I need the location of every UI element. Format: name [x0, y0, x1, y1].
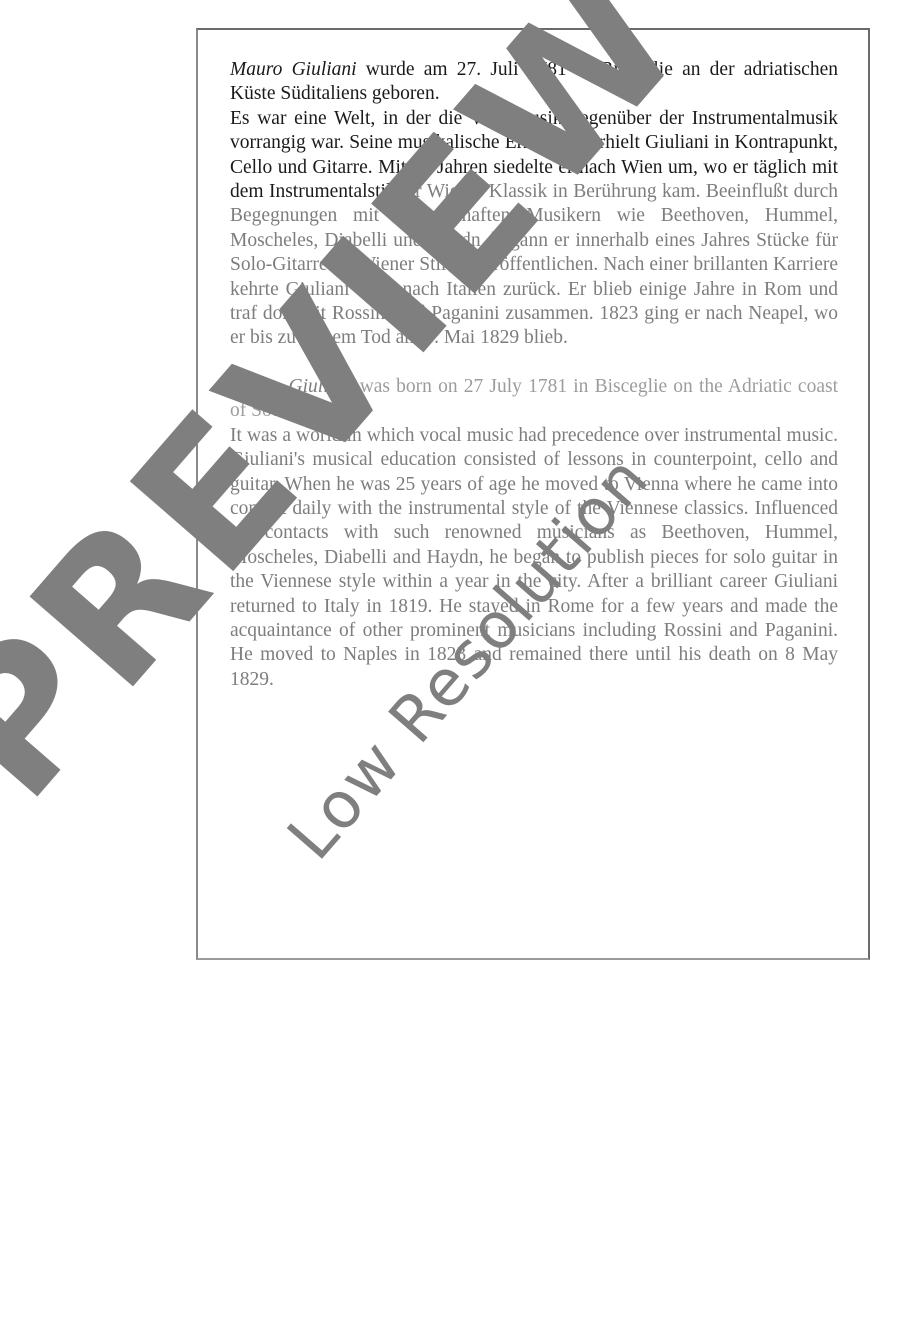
english-body-paragraph: It was a world in which vocal music had …: [230, 424, 838, 692]
german-intro-name: Mauro Giuliani: [230, 59, 357, 80]
english-intro-name: Mauro Giuliani: [230, 376, 354, 397]
german-body-faded: der Wiener Klassik in Berührung kam. Bee…: [230, 181, 838, 348]
biography-text: Mauro Giuliani wurde am 27. Juli 1781 in…: [230, 58, 838, 692]
german-body-paragraph: Es war eine Welt, in der die Vokalmusik …: [230, 107, 838, 351]
english-paragraph: Mauro Giuliani was born on 27 July 1781 …: [230, 375, 838, 424]
english-body: It was a world in which vocal music had …: [230, 425, 838, 690]
german-paragraph: Mauro Giuliani wurde am 27. Juli 1781 in…: [230, 58, 838, 107]
